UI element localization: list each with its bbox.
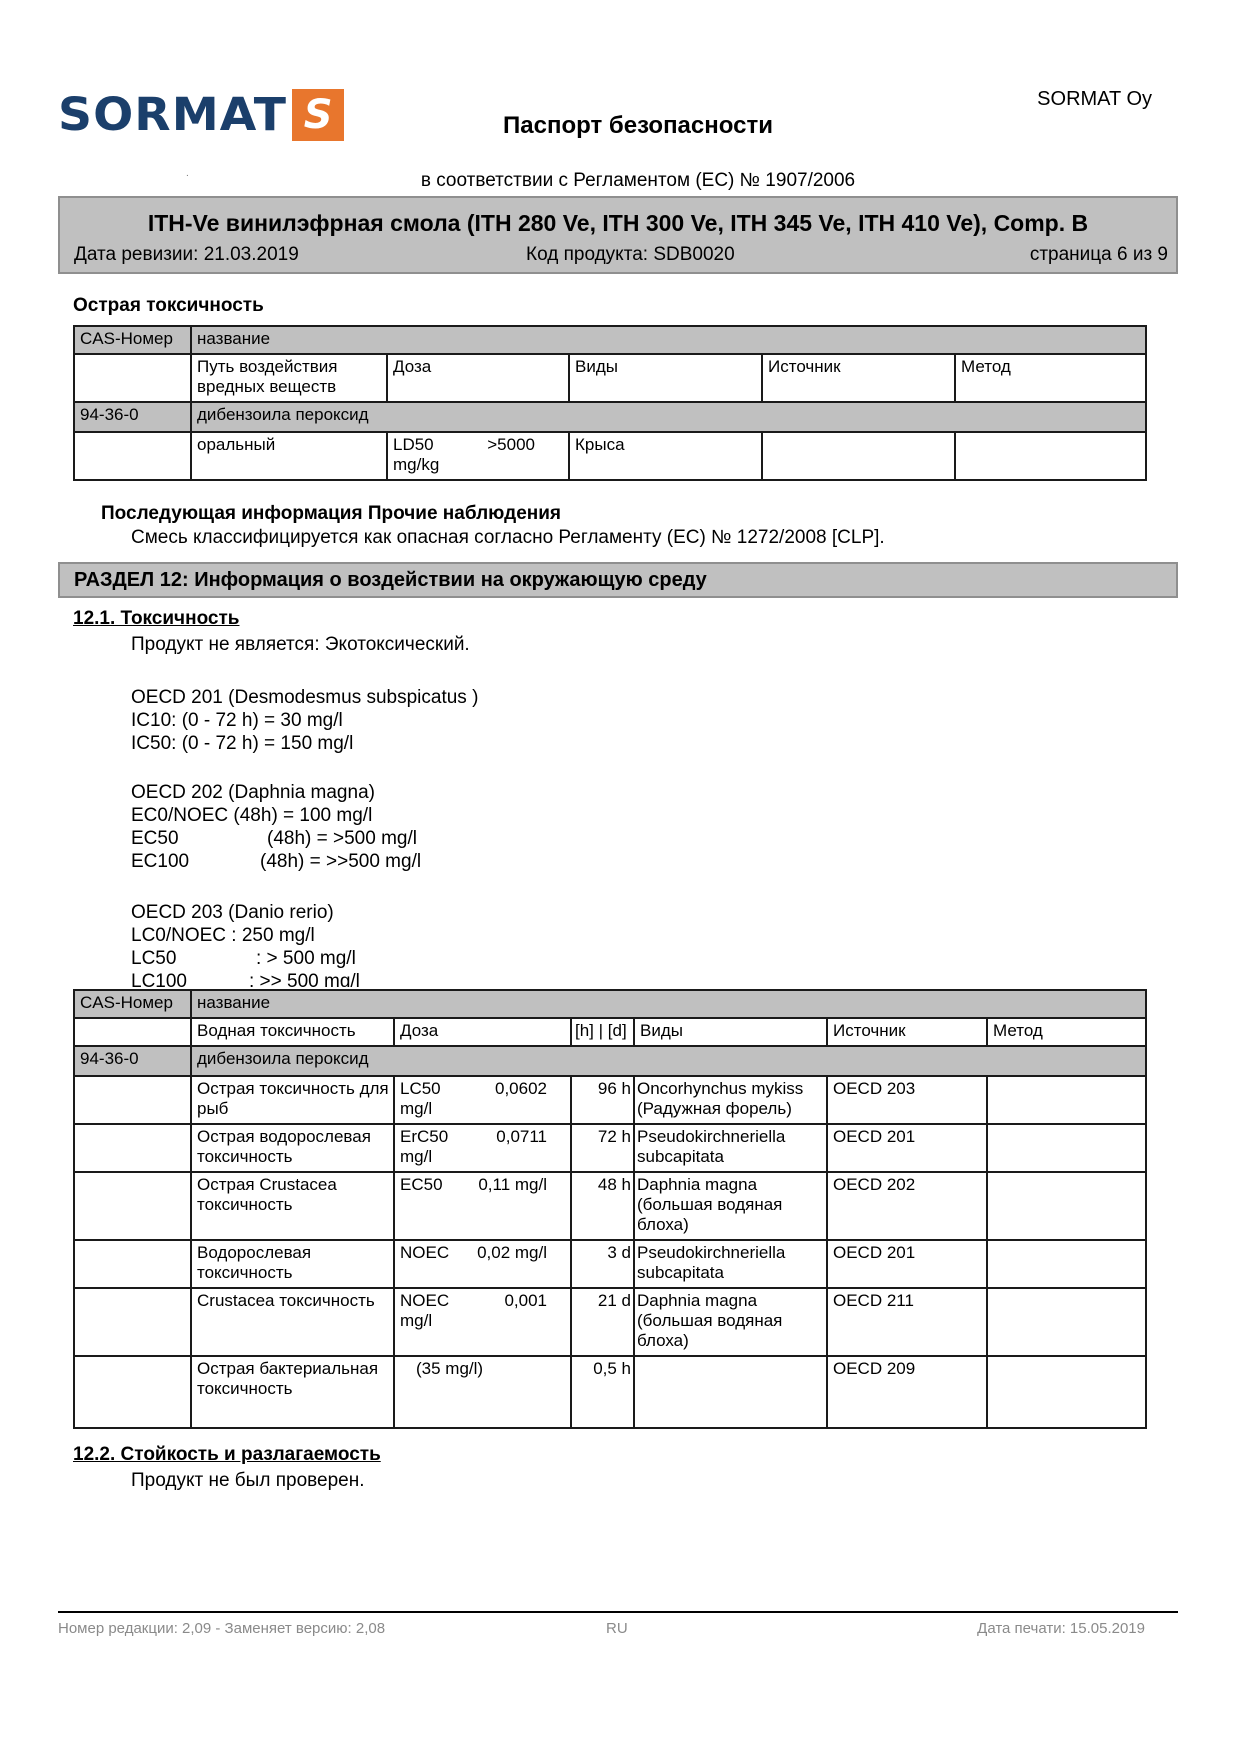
footer-divider — [58, 1611, 1178, 1613]
table-row: Острая бактериальная токсичность(35 mg/l… — [74, 1356, 1146, 1428]
further-info-text: Смесь классифицируется как опасная согла… — [131, 527, 885, 549]
substance-cas: 94-36-0 — [74, 1046, 191, 1076]
dose-cell: ErC500,0711mg/l — [394, 1124, 571, 1172]
acute-toxicity-table: CAS-Номер название Путь воздействия вред… — [73, 325, 1147, 481]
table-subheader-row: Путь воздействия вредных веществ Доза Ви… — [74, 354, 1146, 402]
method-header: Метод — [987, 1018, 1146, 1046]
aquatic-tox-cell: Острая бактериальная токсичность — [191, 1356, 394, 1428]
aquatic-tox-cell: Crustacea токсичность — [191, 1288, 394, 1356]
product-code: Код продукта: SDB0020 — [526, 244, 735, 266]
table-row: Острая водорослевая токсичностьErC500,07… — [74, 1124, 1146, 1172]
species-header: Виды — [569, 354, 762, 402]
method-cell — [987, 1076, 1146, 1124]
table-subheader-row: Водная токсичность Доза [h] | [d] Виды И… — [74, 1018, 1146, 1046]
dose-header: Доза — [394, 1018, 571, 1046]
product-info-box: ITH-Ve винилэфрная смола (ITH 280 Ve, IT… — [58, 196, 1178, 274]
aquatic-tox-cell: Острая Crustacea токсичность — [191, 1172, 394, 1240]
dose-cell: (35 mg/l) — [394, 1356, 571, 1428]
acute-toxicity-heading: Острая токсичность — [73, 295, 264, 317]
source-cell: OECD 209 — [827, 1356, 987, 1428]
regulation-reference: в соответствии с Регламентом (ЕС) № 1907… — [0, 170, 1240, 192]
source-cell: OECD 211 — [827, 1288, 987, 1356]
species-cell: Pseudokirchneriella subcapitata — [634, 1240, 827, 1288]
footer-revision: Номер редакции: 2,09 - Заменяет версию: … — [58, 1620, 385, 1637]
aquatic-tox-cell: Острая токсичность для рыб — [191, 1076, 394, 1124]
document-title: Паспорт безопасности — [0, 112, 1240, 140]
species-cell: Oncorhynchus mykiss (Радужная форель) — [634, 1076, 827, 1124]
substance-name: дибензоила пероксид — [191, 402, 1146, 432]
table-header-row: CAS-Номер название — [74, 990, 1146, 1018]
name-header: название — [191, 326, 1146, 354]
time-cell: 48 h — [571, 1172, 634, 1240]
substance-row: 94-36-0 дибензоила пероксид — [74, 1046, 1146, 1076]
table-row: Острая токсичность для рыбLC500,0602mg/l… — [74, 1076, 1146, 1124]
method-cell — [987, 1356, 1146, 1428]
aquatic-tox-header: Водная токсичность — [191, 1018, 394, 1046]
dose-cell: LC500,0602mg/l — [394, 1076, 571, 1124]
oecd-202-block: OECD 202 (Daphnia magna) EC0/NOEC (48h) … — [131, 781, 531, 873]
table-row: Острая Crustacea токсичностьEC500,11 mg/… — [74, 1172, 1146, 1240]
time-cell: 21 d — [571, 1288, 634, 1356]
source-header: Источник — [827, 1018, 987, 1046]
footer-language: RU — [606, 1620, 628, 1637]
table-row: Водорослевая токсичностьNOEC0,02 mg/l3 d… — [74, 1240, 1146, 1288]
source-header: Источник — [762, 354, 955, 402]
substance-name: дибензоила пероксид — [191, 1046, 1146, 1076]
oecd-201-block: OECD 201 (Desmodesmus subspicatus ) IC10… — [131, 686, 478, 755]
product-name: ITH-Ve винилэфрная смола (ITH 280 Ve, IT… — [60, 210, 1176, 237]
aquatic-tox-cell: Острая водорослевая токсичность — [191, 1124, 394, 1172]
species-cell: Daphnia magna (большая водяная блоха) — [634, 1288, 827, 1356]
revision-date: Дата ревизии: 21.03.2019 — [74, 244, 299, 266]
species-header: Виды — [634, 1018, 827, 1046]
dose-cell: EC500,11 mg/l — [394, 1172, 571, 1240]
source-cell — [762, 432, 955, 480]
persistence-text: Продукт не был проверен. — [131, 1470, 364, 1492]
species-cell — [634, 1356, 827, 1428]
page-number: страница 6 из 9 — [1030, 244, 1168, 266]
species-cell: Pseudokirchneriella subcapitata — [634, 1124, 827, 1172]
dose-header: Доза — [387, 354, 569, 402]
section-12-title: РАЗДЕЛ 12: Информация о воздействии на о… — [58, 562, 1178, 598]
source-cell: OECD 203 — [827, 1076, 987, 1124]
species-cell: Daphnia magna (большая водяная блоха) — [634, 1172, 827, 1240]
cas-header: CAS-Номер — [74, 990, 191, 1018]
aquatic-tox-cell: Водорослевая токсичность — [191, 1240, 394, 1288]
subsection-12-1-heading: 12.1. Токсичность — [73, 608, 239, 630]
method-cell — [987, 1288, 1146, 1356]
source-cell: OECD 201 — [827, 1124, 987, 1172]
table-header-row: CAS-Номер название — [74, 326, 1146, 354]
name-header: название — [191, 990, 1146, 1018]
dose-cell: NOEC0,02 mg/l — [394, 1240, 571, 1288]
species-cell: Крыса — [569, 432, 762, 480]
further-info-heading: Последующая информация Прочие наблюдения — [101, 503, 561, 525]
oecd-203-block: OECD 203 (Danio rerio) LC0/NOEC : 250 mg… — [131, 901, 531, 987]
footer-print-date: Дата печати: 15.05.2019 — [977, 1620, 1145, 1637]
route-cell: оральный — [191, 432, 387, 480]
dose-cell: LD50>5000 mg/kg — [387, 432, 569, 480]
table-row: Crustacea токсичностьNOEC0,001mg/l21 dDa… — [74, 1288, 1146, 1356]
source-cell: OECD 201 — [827, 1240, 987, 1288]
time-header: [h] | [d] — [571, 1018, 634, 1046]
table-row: оральный LD50>5000 mg/kg Крыса — [74, 432, 1146, 480]
method-cell — [987, 1240, 1146, 1288]
time-cell: 3 d — [571, 1240, 634, 1288]
aquatic-toxicity-table: CAS-Номер название Водная токсичность До… — [73, 989, 1147, 1429]
substance-cas: 94-36-0 — [74, 402, 191, 432]
ecotox-intro: Продукт не является: Экотоксический. — [131, 634, 470, 656]
method-cell — [955, 432, 1146, 480]
time-cell: 0,5 h — [571, 1356, 634, 1428]
dose-cell: NOEC0,001mg/l — [394, 1288, 571, 1356]
time-cell: 96 h — [571, 1076, 634, 1124]
substance-row: 94-36-0 дибензоила пероксид — [74, 402, 1146, 432]
source-cell: OECD 202 — [827, 1172, 987, 1240]
company-name: SORMAT Oy — [1037, 88, 1152, 111]
method-cell — [987, 1172, 1146, 1240]
aquatic-rows: Острая токсичность для рыбLC500,0602mg/l… — [74, 1076, 1146, 1428]
cas-header: CAS-Номер — [74, 326, 191, 354]
time-cell: 72 h — [571, 1124, 634, 1172]
method-header: Метод — [955, 354, 1146, 402]
method-cell — [987, 1124, 1146, 1172]
subsection-12-2-heading: 12.2. Стойкость и разлагаемость — [73, 1444, 381, 1466]
route-header: Путь воздействия вредных веществ — [191, 354, 387, 402]
